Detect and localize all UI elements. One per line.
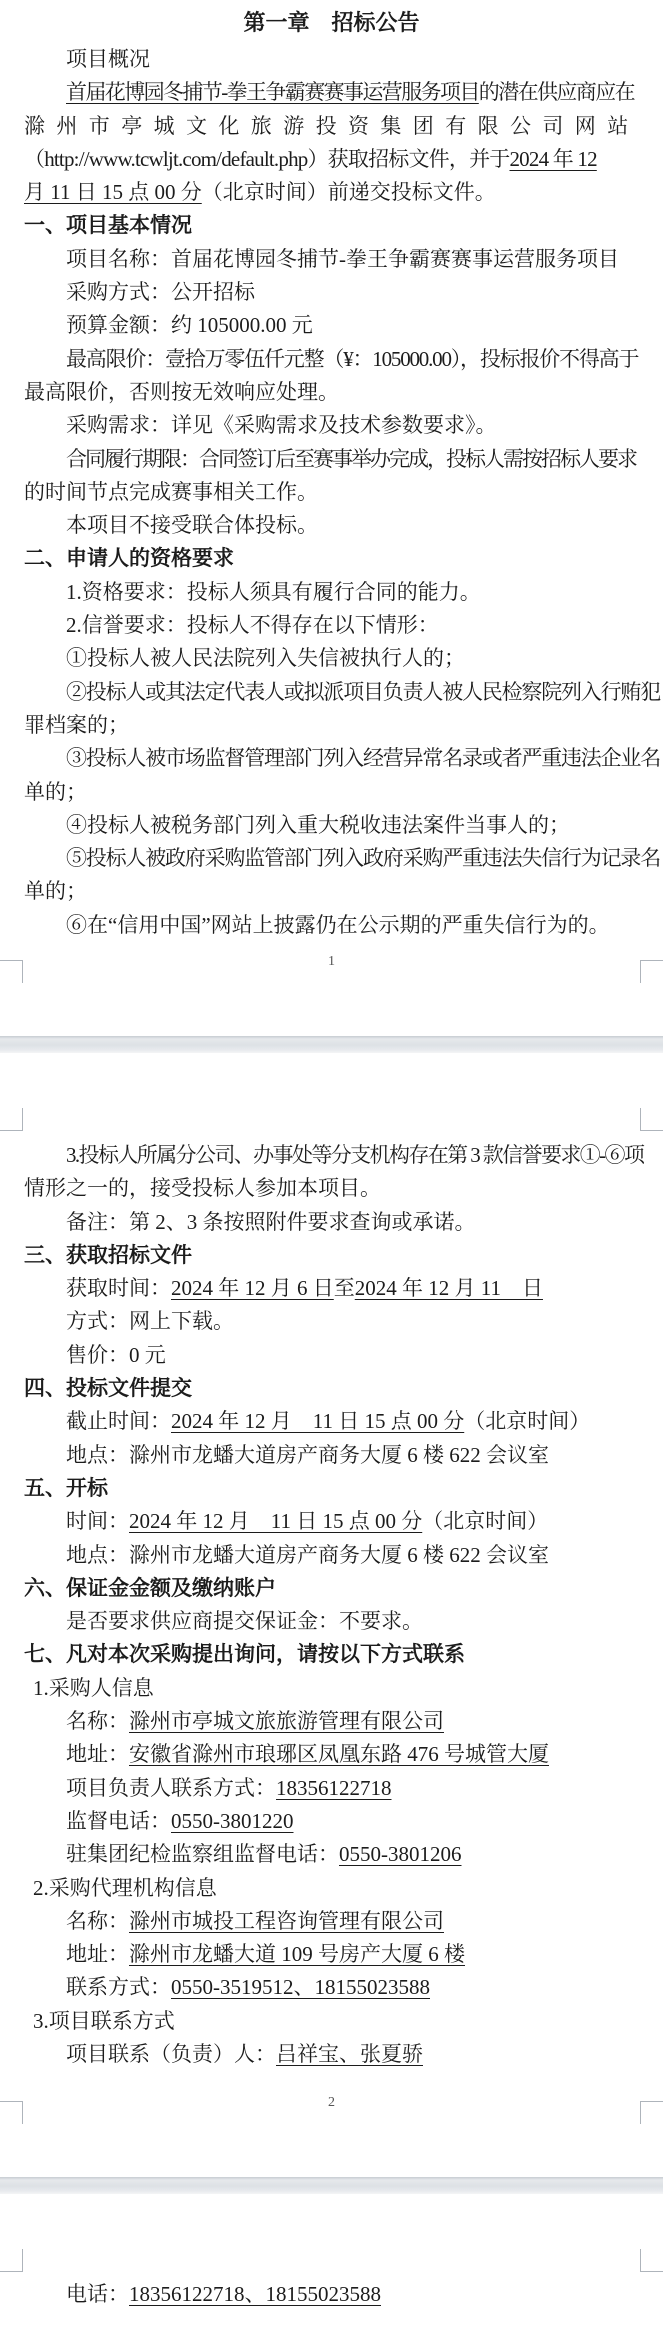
agency-name-label: 名称： xyxy=(66,1909,129,1933)
overview-line-3: （http://www.tcwljt.com/default.php）获取招标文… xyxy=(24,143,639,176)
field-submission-deadline: 截止时间：2024 年 12 月 11 日 15 点 00 分（北京时间） xyxy=(24,1405,639,1438)
margin-mark-top-left xyxy=(0,2249,23,2272)
document-view: 第一章 招标公告 项目概况 首届花博园冬捕节-拳王争霸赛赛事运营服务项目的潜在供… xyxy=(0,0,663,2328)
discipline-supervision-label: 驻集团纪检监察组监督电话： xyxy=(66,1842,339,1866)
purchaser-info-label: 1.采购人信息 xyxy=(24,1672,639,1705)
credit-item-5-line-2: 单的； xyxy=(24,875,639,908)
underlined-contact-phones: 18356122718、18155023588 xyxy=(129,2282,381,2306)
contact-phone: 电话：18356122718、18155023588 xyxy=(24,2278,639,2311)
credit-item-1: ①投标人被人民法院列入失信被执行人的； xyxy=(24,642,639,675)
field-procurement-demand: 采购需求：详见《采购需求及技术参数要求》。 xyxy=(24,409,639,442)
field-opening-time: 时间：2024 年 12 月 11 日 15 点 00 分（北京时间） xyxy=(24,1505,639,1538)
credit-requirement: 2.信誉要求：投标人不得存在以下情形： xyxy=(24,609,639,642)
project-contact-person: 项目联系（负责）人：吕祥宝、张夏骄 xyxy=(24,2038,639,2071)
page-1-content: 第一章 招标公告 项目概况 首届花博园冬捕节-拳王争霸赛赛事运营服务项目的潜在供… xyxy=(0,0,663,942)
project-leader-contact: 项目负责人联系方式：18356122718 xyxy=(24,1772,639,1805)
overview-line-1-tail: 的潜在供应商应在 xyxy=(479,80,634,104)
supervision-phone: 监督电话：0550-3801220 xyxy=(24,1805,639,1838)
remark-line: 备注：第 2、3 条按照附件要求查询或承诺。 xyxy=(24,1206,639,1239)
credit-item-branch-line-1: 3.投标人所属分公司、办事处等分支机构存在第 3 款信誉要求①-⑥项 xyxy=(24,1139,639,1172)
agency-address-label: 地址： xyxy=(66,1942,129,1966)
purchaser-address-label: 地址： xyxy=(66,1742,129,1766)
page-separator-1 xyxy=(0,1036,663,1053)
overview-line-4-tail: （北京时间）前递交投标文件。 xyxy=(202,180,496,204)
field-deposit-requirement: 是否要求供应商提交保证金：不要求。 xyxy=(24,1605,639,1638)
purchaser-address: 地址：安徽省滁州市琅琊区凤凰东路 476 号城管大厦 xyxy=(24,1738,639,1771)
contact-phone-label: 电话： xyxy=(66,2282,129,2306)
project-leader-contact-label: 项目负责人联系方式： xyxy=(66,1776,276,1800)
page-2: 3.投标人所属分公司、办事处等分支机构存在第 3 款信誉要求①-⑥项 情形之一的… xyxy=(0,1053,663,2177)
qualification-requirement: 1.资格要求：投标人须具有履行合同的能力。 xyxy=(24,576,639,609)
agency-address: 地址：滁州市龙蟠大道 109 号房产大厦 6 楼 xyxy=(24,1938,639,1971)
project-contact-label: 3.项目联系方式 xyxy=(24,2005,639,2038)
obtain-time-label: 获取时间： xyxy=(66,1276,171,1300)
credit-item-3-line-2: 单的； xyxy=(24,776,639,809)
underlined-agency-name: 滁州市城投工程咨询管理有限公司 xyxy=(129,1909,444,1933)
page-number-2: 2 xyxy=(0,2096,663,2110)
field-contract-period-line-2: 的时间节点完成赛事相关工作。 xyxy=(24,476,639,509)
overview-line-4: 月 11 日 15 点 00 分（北京时间）前递交投标文件。 xyxy=(24,176,639,209)
underlined-project-leader-phone: 18356122718 xyxy=(276,1776,392,1800)
heading-section-2: 二、申请人的资格要求 xyxy=(24,542,639,575)
underlined-opening-datetime: 2024 年 12 月 11 日 15 点 00 分 xyxy=(129,1509,422,1533)
heading-section-7: 七、凡对本次采购提出询问，请按以下方式联系 xyxy=(24,1638,639,1671)
underlined-obtain-end-date: 2024 年 12 月 11 日 xyxy=(355,1276,543,1300)
field-price: 售价：0 元 xyxy=(24,1339,639,1372)
page-separator-2 xyxy=(0,2177,663,2194)
credit-item-2-line-2: 罪档案的； xyxy=(24,709,639,742)
credit-item-4: ④投标人被税务部门列入重大税收违法案件当事人的； xyxy=(24,809,639,842)
underlined-contact-names: 吕祥宝、张夏骄 xyxy=(276,2042,423,2066)
page-3-content: 电话：18356122718、18155023588 xyxy=(0,2194,663,2311)
underlined-purchaser-address: 安徽省滁州市琅琊区凤凰东路 476 号城管大厦 xyxy=(129,1742,549,1766)
field-max-price-line-2: 最高限价，否则按无效响应处理。 xyxy=(24,376,639,409)
agency-name: 名称：滁州市城投工程咨询管理有限公司 xyxy=(24,1905,639,1938)
discipline-supervision-phone: 驻集团纪检监察组监督电话：0550-3801206 xyxy=(24,1838,639,1871)
deadline-label: 截止时间： xyxy=(66,1409,171,1433)
field-obtain-method: 方式：网上下载。 xyxy=(24,1305,639,1338)
page-1: 第一章 招标公告 项目概况 首届花博园冬捕节-拳王争霸赛赛事运营服务项目的潜在供… xyxy=(0,0,663,1036)
deadline-timezone: （北京时间） xyxy=(464,1409,590,1433)
underlined-deadline-date-part2: 月 11 日 15 点 00 分 xyxy=(24,180,202,204)
agency-contact-label: 联系方式： xyxy=(66,1975,171,1999)
field-obtain-time: 获取时间：2024 年 12 月 6 日至2024 年 12 月 11 日 xyxy=(24,1272,639,1305)
underlined-agency-address: 滁州市龙蟠大道 109 号房产大厦 6 楼 xyxy=(129,1942,465,1966)
overview-line-2: 滁州市亭城文化旅游投资集团有限公司网站 xyxy=(24,110,639,143)
agency-contact: 联系方式：0550-3519512、18155023588 xyxy=(24,1971,639,2004)
underlined-deadline-datetime: 2024 年 12 月 11 日 15 点 00 分 xyxy=(171,1409,464,1433)
credit-item-6: ⑥在“信用中国”网站上披露仍在公示期的严重失信行为的。 xyxy=(24,909,639,942)
underlined-discipline-phone: 0550-3801206 xyxy=(339,1842,462,1866)
page-2-content: 3.投标人所属分公司、办事处等分支机构存在第 3 款信誉要求①-⑥项 情形之一的… xyxy=(0,1053,663,2071)
underlined-supervision-phone: 0550-3801220 xyxy=(171,1809,294,1833)
page-3: 电话：18356122718、18155023588 xyxy=(0,2194,663,2328)
note-no-consortium: 本项目不接受联合体投标。 xyxy=(24,509,639,542)
credit-item-3-line-1: ③投标人被市场监督管理部门列入经营异常名录或者严重违法企业名 xyxy=(24,742,639,775)
project-contact-person-label: 项目联系（负责）人： xyxy=(66,2042,276,2066)
credit-item-2-line-1: ②投标人或其法定代表人或拟派项目负责人被人民检察院列入行贿犯 xyxy=(24,676,639,709)
field-contract-period-line-1: 合同履行期限：合同签订后至赛事举办完成，投标人需按招标人要求 xyxy=(24,443,639,476)
credit-item-5-line-1: ⑤投标人被政府采购监管部门列入政府采购严重违法失信行为记录名 xyxy=(24,842,639,875)
heading-section-5: 五、开标 xyxy=(24,1472,639,1505)
chapter-title: 第一章 招标公告 xyxy=(24,2,639,43)
overview-line-1: 首届花博园冬捕节-拳王争霸赛赛事运营服务项目的潜在供应商应在 xyxy=(24,76,639,109)
margin-mark-top-right xyxy=(640,1108,663,1131)
field-opening-location: 地点：滁州市龙蟠大道房产商务大厦 6 楼 622 会议室 xyxy=(24,1539,639,1572)
credit-item-branch-line-2: 情形之一的，接受投标人参加本项目。 xyxy=(24,1172,639,1205)
field-submission-location: 地点：滁州市龙蟠大道房产商务大厦 6 楼 622 会议室 xyxy=(24,1439,639,1472)
supervision-phone-label: 监督电话： xyxy=(66,1809,171,1833)
heading-section-4: 四、投标文件提交 xyxy=(24,1372,639,1405)
purchaser-name-label: 名称： xyxy=(66,1709,129,1733)
field-budget-amount: 预算金额：约 105000.00 元 xyxy=(24,309,639,342)
website-url-text: （http://www.tcwljt.com/default.php）获取招标文… xyxy=(24,147,509,171)
obtain-time-to: 至 xyxy=(334,1276,355,1300)
underlined-agency-phones: 0550-3519512、18155023588 xyxy=(171,1975,430,1999)
underlined-obtain-start-date: 2024 年 12 月 6 日 xyxy=(171,1276,334,1300)
margin-mark-top-left xyxy=(0,1108,23,1131)
margin-mark-top-right xyxy=(640,2249,663,2272)
page-number-1: 1 xyxy=(0,955,663,969)
project-overview-label: 项目概况 xyxy=(24,43,639,76)
field-procurement-method: 采购方式：公开招标 xyxy=(24,276,639,309)
field-project-name: 项目名称：首届花博园冬捕节-拳王争霸赛赛事运营服务项目 xyxy=(24,243,639,276)
opening-time-label: 时间： xyxy=(66,1509,129,1533)
heading-section-1: 一、项目基本情况 xyxy=(24,209,639,242)
opening-timezone: （北京时间） xyxy=(422,1509,548,1533)
underlined-deadline-date-part1: 2024 年 12 xyxy=(509,147,596,171)
heading-section-3: 三、获取招标文件 xyxy=(24,1239,639,1272)
underlined-project-name: 首届花博园冬捕节-拳王争霸赛赛事运营服务项目 xyxy=(66,80,479,104)
heading-section-6: 六、保证金金额及缴纳账户 xyxy=(24,1572,639,1605)
purchaser-name: 名称：滁州市亭城文旅旅游管理有限公司 xyxy=(24,1705,639,1738)
underlined-purchaser-name: 滁州市亭城文旅旅游管理有限公司 xyxy=(129,1709,444,1733)
agency-info-label: 2.采购代理机构信息 xyxy=(24,1872,639,1905)
field-max-price-line-1: 最高限价：壹拾万零伍仟元整（¥：105000.00），投标报价不得高于 xyxy=(24,343,639,376)
